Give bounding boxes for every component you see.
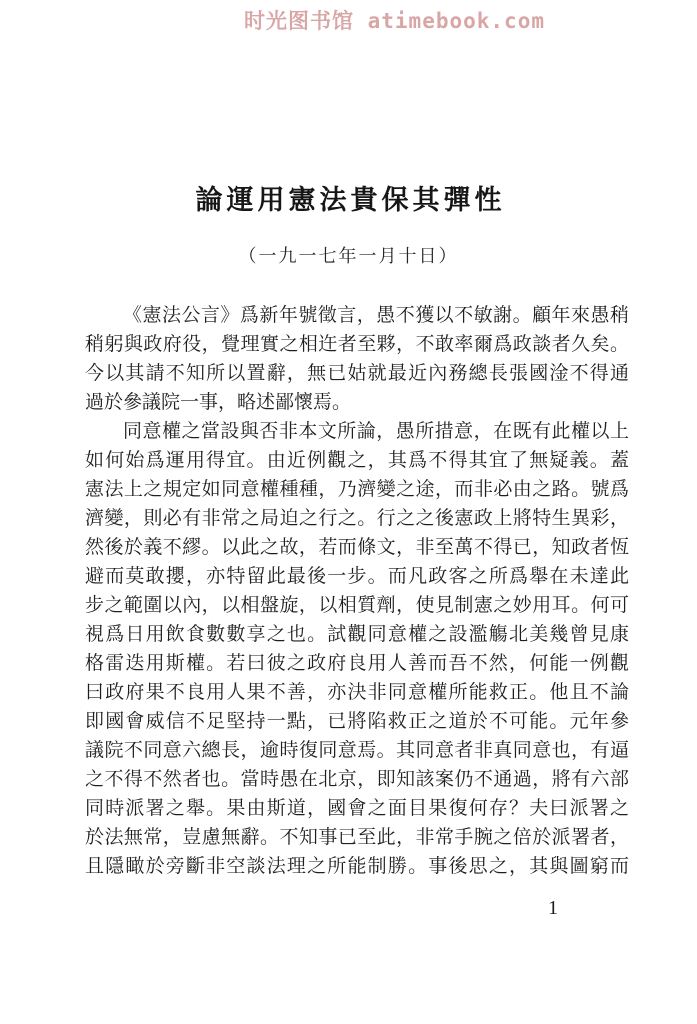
text-line: 然後於義不繆。以此之故，若而條文，非至萬不得已，知政者恆 bbox=[85, 533, 629, 562]
article-date: （一九一七年一月十日） bbox=[0, 242, 697, 268]
text-line: 視爲日用飲食數數享之也。試觀同意權之設濫觴北美幾曾見康 bbox=[85, 620, 629, 649]
text-line: 格雷迭用斯權。若曰彼之政府良用人善而吾不然，何能一例觀 bbox=[85, 649, 629, 678]
watermark-text: 时光图书馆 atimebook.com bbox=[0, 5, 697, 35]
text-line: 濟變，則必有非常之局迫之行之。行之之後憲政上將特生異彩， bbox=[85, 504, 629, 533]
article-body: 《憲法公言》爲新年號徵言，愚不獲以不敏謝。顧年來愚稍稍躬與政府役，覺理實之相迕者… bbox=[85, 301, 629, 881]
text-line: 於法無常，豈慮無辭。不知事已至此，非常手腕之倍於派署者， bbox=[85, 823, 629, 852]
text-line: 同意權之當設與否非本文所論，愚所措意，在既有此權以上 bbox=[85, 417, 629, 446]
page-number: 1 bbox=[548, 897, 558, 920]
text-line: 憲法上之規定如同意權種種，乃濟變之途，而非必由之路。號爲 bbox=[85, 475, 629, 504]
text-line: 即國會威信不足堅持一點，已將陷救正之道於不可能。元年參 bbox=[85, 707, 629, 736]
text-line: 同時派署之舉。果由斯道，國會之面目果復何存？夫曰派署之 bbox=[85, 794, 629, 823]
paragraph-2: 同意權之當設與否非本文所論，愚所措意，在既有此權以上如何始爲運用得宜。由近例觀之… bbox=[85, 417, 629, 881]
text-line: 避而莫敢攖，亦特留此最後一步。而凡政客之所爲舉在未達此 bbox=[85, 562, 629, 591]
book-page: 时光图书馆 atimebook.com 論運用憲法貴保其彈性 （一九一七年一月十… bbox=[0, 0, 697, 1024]
text-line: 議院不同意六總長，逾時復同意焉。其同意者非真同意也，有逼 bbox=[85, 736, 629, 765]
text-line: 且隱瞰於旁斷非空談法理之所能制勝。事後思之，其與圖窮而 bbox=[85, 852, 629, 881]
text-line: 《憲法公言》爲新年號徵言，愚不獲以不敏謝。顧年來愚稍 bbox=[85, 301, 629, 330]
text-line: 步之範圍以內，以相盤旋，以相質劑，使見制憲之妙用耳。何可 bbox=[85, 591, 629, 620]
text-line: 稍躬與政府役，覺理實之相迕者至夥，不敢率爾爲政談者久矣。 bbox=[85, 330, 629, 359]
article-title: 論運用憲法貴保其彈性 bbox=[0, 178, 697, 217]
text-line: 之不得不然者也。當時愚在北京，即知該案仍不通過，將有六部 bbox=[85, 765, 629, 794]
text-line: 曰政府果不良用人果不善，亦決非同意權所能救正。他且不論 bbox=[85, 678, 629, 707]
text-line: 過於參議院一事，略述鄙懷焉。 bbox=[85, 388, 629, 417]
paragraph-1: 《憲法公言》爲新年號徵言，愚不獲以不敏謝。顧年來愚稍稍躬與政府役，覺理實之相迕者… bbox=[85, 301, 629, 417]
text-line: 如何始爲運用得宜。由近例觀之，其爲不得其宜了無疑義。蓋 bbox=[85, 446, 629, 475]
text-line: 今以其請不知所以置辭，無已姑就最近內務總長張國淦不得通 bbox=[85, 359, 629, 388]
